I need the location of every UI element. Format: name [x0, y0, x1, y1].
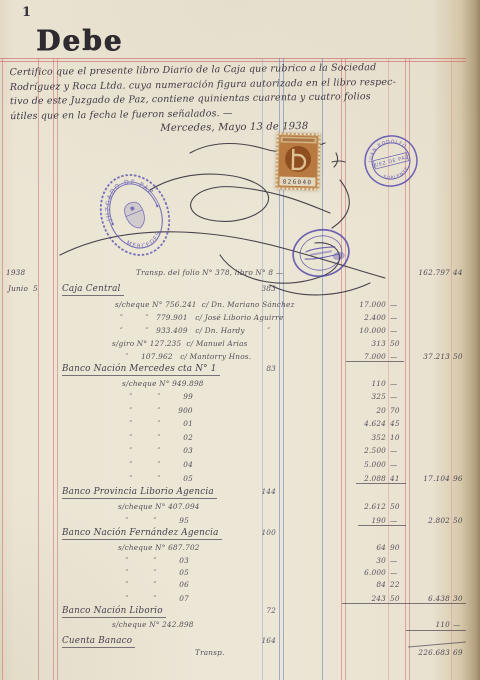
ledger-line: ″ ″ 03 2.500 — [0, 446, 480, 458]
certification-text: Certifico que el presente libro Diario d… [10, 60, 463, 139]
section-total: 6.438 [402, 594, 450, 603]
sum-line [356, 483, 406, 484]
ledger-line: ″ ″ 05 2.088 41 17.104 96 [0, 474, 480, 486]
sum-line [406, 630, 466, 631]
account-title: Banco Provincia Liborio Agencia [62, 487, 217, 499]
ledger-line: ″ ″ 06 84 22 [0, 580, 480, 592]
day-label: 5 [33, 284, 38, 293]
carry-forward-text: Transp. del folio N° 378, libro N° 8 — [136, 268, 283, 277]
total-amount: 162.797 [402, 268, 450, 277]
ledger-line: s/cheque N° 949.898 110 — [0, 379, 480, 391]
tax-stamp-art: 026040 [277, 134, 318, 188]
folio-number: 72 [252, 606, 276, 615]
ledger-line: ″ ″ 07 243 50 6.438 30 [0, 594, 480, 606]
ledger-page: 1 Debe Certifico que el presente libro D… [0, 0, 480, 680]
closing-label: Transp. [195, 648, 225, 657]
tax-stamp-serial: 026040 [283, 179, 313, 187]
section-title-row: Banco Nación Fernández Agencia 100 [0, 528, 480, 540]
ledger-line: ″ ″ 04 5.000 — [0, 460, 480, 472]
ledger-line: ″ ″ 05 6.000 — [0, 568, 480, 580]
closing-total: 226.683 [402, 648, 450, 657]
section-total: 37.213 [402, 352, 450, 361]
section-total: 2.802 [402, 516, 450, 525]
ledger-line: ″ ″ 01 4.624 45 [0, 419, 480, 431]
section-title-row: Junio 5 Caja Central 383 [0, 284, 480, 296]
ledger-line: ″ ″ 779.901 c/ José Liborio Aguirre 2.40… [0, 313, 480, 325]
ledger-line: s/giro N° 127.235 c/ Manuel Arias 313 50 [0, 339, 480, 351]
folio-number: 144 [252, 487, 276, 496]
ledger-line: ″ ″ 900 20 70 [0, 406, 480, 418]
account-title: Banco Nación Mercedes cta N° 1 [62, 364, 220, 376]
folio-number: 100 [252, 528, 276, 537]
ledger-line: s/cheque N° 407.094 2.612 50 [0, 502, 480, 514]
ledger-line: ″ ″ 02 352 10 [0, 433, 480, 445]
ledger-line: ″ 107.962 c/ Mantorry Hnos. 7.000 — 37.2… [0, 352, 480, 364]
rule-line [0, 58, 466, 59]
carry-forward-row: 1938 Transp. del folio N° 378, libro N° … [0, 268, 480, 280]
sum-line [358, 525, 406, 526]
ledger-line: ″ ″ 99 325 — [0, 392, 480, 404]
year-label: 1938 [6, 268, 25, 277]
account-title: Caja Central [62, 284, 124, 296]
ledger-line: ″ ″ 03 30 — [0, 556, 480, 568]
account-title: Banco Nación Liborio [62, 606, 166, 618]
ledger-line: ″ ″ 933.409 c/ Dn. Hardy ″ 10.000 — [0, 326, 480, 338]
sum-line [346, 361, 404, 362]
total-cents: 44 [453, 268, 467, 277]
ledger-line: s/cheque N° 756.241 c/ Dn. Mariano Sánch… [0, 300, 480, 312]
ledger-line: ″ ″ 95 190 — 2.802 50 [0, 516, 480, 528]
section-title-row: Banco Provincia Liborio Agencia 144 [0, 487, 480, 499]
sum-line [342, 603, 466, 604]
section-total: 17.104 [402, 474, 450, 483]
page-title: Debe [36, 24, 124, 57]
page-number: 1 [22, 5, 31, 20]
coat-of-arms-icon [122, 200, 149, 232]
folio-number: 83 [252, 364, 276, 373]
account-title: Cuenta Banaco [62, 636, 135, 648]
month-label: Junio [8, 284, 28, 293]
account-title: Banco Nación Fernández Agencia [62, 528, 222, 540]
closing-row: Transp. 226.683 69 [0, 648, 480, 660]
folio-number: 164 [252, 636, 276, 645]
section-title-row: Banco Nación Mercedes cta N° 1 83 [0, 364, 480, 376]
tax-stamp: 026040 [275, 132, 320, 190]
section-title-row: Banco Nación Liborio 72 [0, 606, 480, 618]
ledger-line: s/cheque N° 687.702 64 90 [0, 543, 480, 555]
folio-number: 383 [252, 284, 276, 293]
